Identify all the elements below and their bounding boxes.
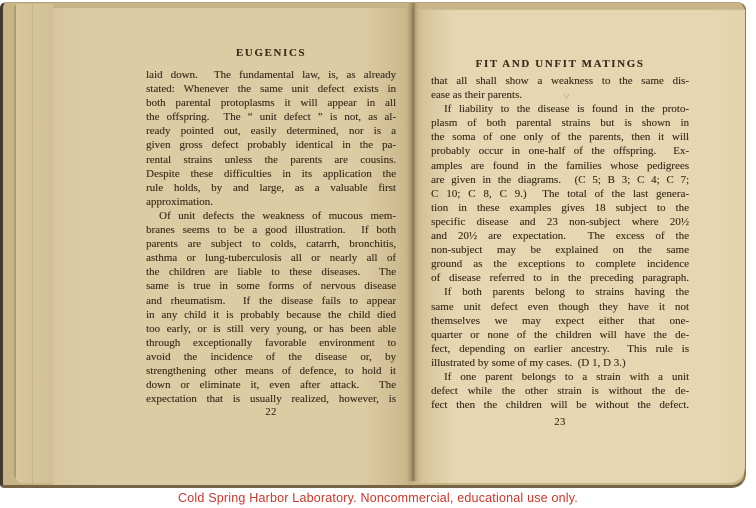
text-line: tion in these examples gives 18 subject … bbox=[431, 201, 689, 215]
text-line: Despite these difficulties in its applic… bbox=[146, 167, 396, 181]
text-line: the children are liable to these disease… bbox=[146, 265, 396, 279]
text-line: If liability to the disease is found in … bbox=[431, 102, 689, 116]
left-page-body-text: laid down. The fundamental law, is, as a… bbox=[146, 68, 396, 406]
copyright-caption: Cold Spring Harbor Laboratory. Noncommer… bbox=[178, 491, 578, 505]
text-line: stated: Whenever the same unit defect ex… bbox=[146, 82, 396, 96]
text-line: specific disease and 23 non-subject wher… bbox=[431, 215, 689, 229]
text-line: strengthening other means of defence, to… bbox=[146, 364, 396, 378]
text-line: through exceptionally favorable environm… bbox=[146, 336, 396, 350]
text-line: branes seems to be a good illustration. … bbox=[146, 223, 396, 237]
text-line: fect, depending on earlier ancestry. Thi… bbox=[431, 342, 689, 356]
text-line: the offspring. The “ unit defect ” is no… bbox=[146, 110, 396, 124]
text-line: rule holds, by and large, as a valuable … bbox=[146, 181, 396, 195]
text-line: ready pointed out, easily determined, no… bbox=[146, 124, 396, 138]
text-line: parents are subject to colds, catarrh, b… bbox=[146, 237, 396, 251]
text-line: ground as the exceptions to complete inc… bbox=[431, 257, 689, 271]
text-line: illustrated by some of my cases. (D 1, D… bbox=[431, 356, 689, 370]
left-page-number: 22 bbox=[146, 407, 396, 418]
text-line: asthma or lung-tuberculosis all or nearl… bbox=[146, 251, 396, 265]
page-edge-stack bbox=[14, 4, 54, 483]
text-line: themselves we may expect either that one… bbox=[431, 314, 689, 328]
text-line: and rheumatism. If the disease fails to … bbox=[146, 294, 396, 308]
right-running-head: FIT AND UNFIT MATINGS bbox=[431, 58, 689, 70]
text-line: ease as their parents. bbox=[431, 88, 689, 102]
text-line: quarter or none of the children will hav… bbox=[431, 328, 689, 342]
text-line: plasm of both parental strains but is sh… bbox=[431, 116, 689, 130]
text-line: in any child it is probably because the … bbox=[146, 308, 396, 322]
text-line: that all shall show a weakness to the sa… bbox=[431, 74, 689, 88]
text-line: non-subject may be explained on the same bbox=[431, 243, 689, 257]
text-line: laid down. The fundamental law, is, as a… bbox=[146, 68, 396, 82]
text-line: down or eliminate it, even after attack.… bbox=[146, 378, 396, 392]
right-page-number: 23 bbox=[431, 417, 689, 428]
text-line: the soma of one only of the parents, the… bbox=[431, 130, 689, 144]
left-running-head: EUGENICS bbox=[146, 47, 396, 59]
text-line: same is true in some forms of nervous di… bbox=[146, 279, 396, 293]
text-line: are given in the diagrams. (C 5; B 3; C … bbox=[431, 173, 689, 187]
text-line: avoid the incidence of the disease or, b… bbox=[146, 350, 396, 364]
right-page: FIT AND UNFIT MATINGS ˅ that all shall s… bbox=[413, 9, 745, 483]
text-line: C 10; C 8, C 9.) The total of the last g… bbox=[431, 187, 689, 201]
text-line: rental strains unless the parents are co… bbox=[146, 153, 396, 167]
book-gutter-shadow bbox=[407, 3, 419, 481]
text-line: given gross defect probably identical in… bbox=[146, 138, 396, 152]
text-line: too early, or is still very young, or ha… bbox=[146, 322, 396, 336]
text-line: defect while the other strain is without… bbox=[431, 384, 689, 398]
text-line: both parental protoplasms it will appear… bbox=[146, 96, 396, 110]
text-line: fect then the children will be without t… bbox=[431, 398, 689, 412]
text-line: Of unit defects the weakness of mucous m… bbox=[146, 209, 396, 223]
text-line: expectation that is usually realized, ho… bbox=[146, 392, 396, 406]
scanned-book: EUGENICS laid down. The fundamental law,… bbox=[0, 2, 746, 488]
text-line: If both parents belong to strains having… bbox=[431, 285, 689, 299]
left-page: EUGENICS laid down. The fundamental law,… bbox=[53, 7, 413, 485]
footer-strip: Cold Spring Harbor Laboratory. Noncommer… bbox=[0, 488, 756, 508]
right-page-body-text: that all shall show a weakness to the sa… bbox=[431, 74, 689, 412]
text-line: and 20½ are expectation. The excess of t… bbox=[431, 229, 689, 243]
text-line: probably occur in one-half of the offspr… bbox=[431, 144, 689, 158]
text-line: amples are found in the families whose p… bbox=[431, 159, 689, 173]
text-line: same unit defect even though they have i… bbox=[431, 300, 689, 314]
text-line: approximation. bbox=[146, 195, 396, 209]
text-line: of disease referred to in the preceding … bbox=[431, 271, 689, 285]
text-line: If one parent belongs to a strain with a… bbox=[431, 370, 689, 384]
